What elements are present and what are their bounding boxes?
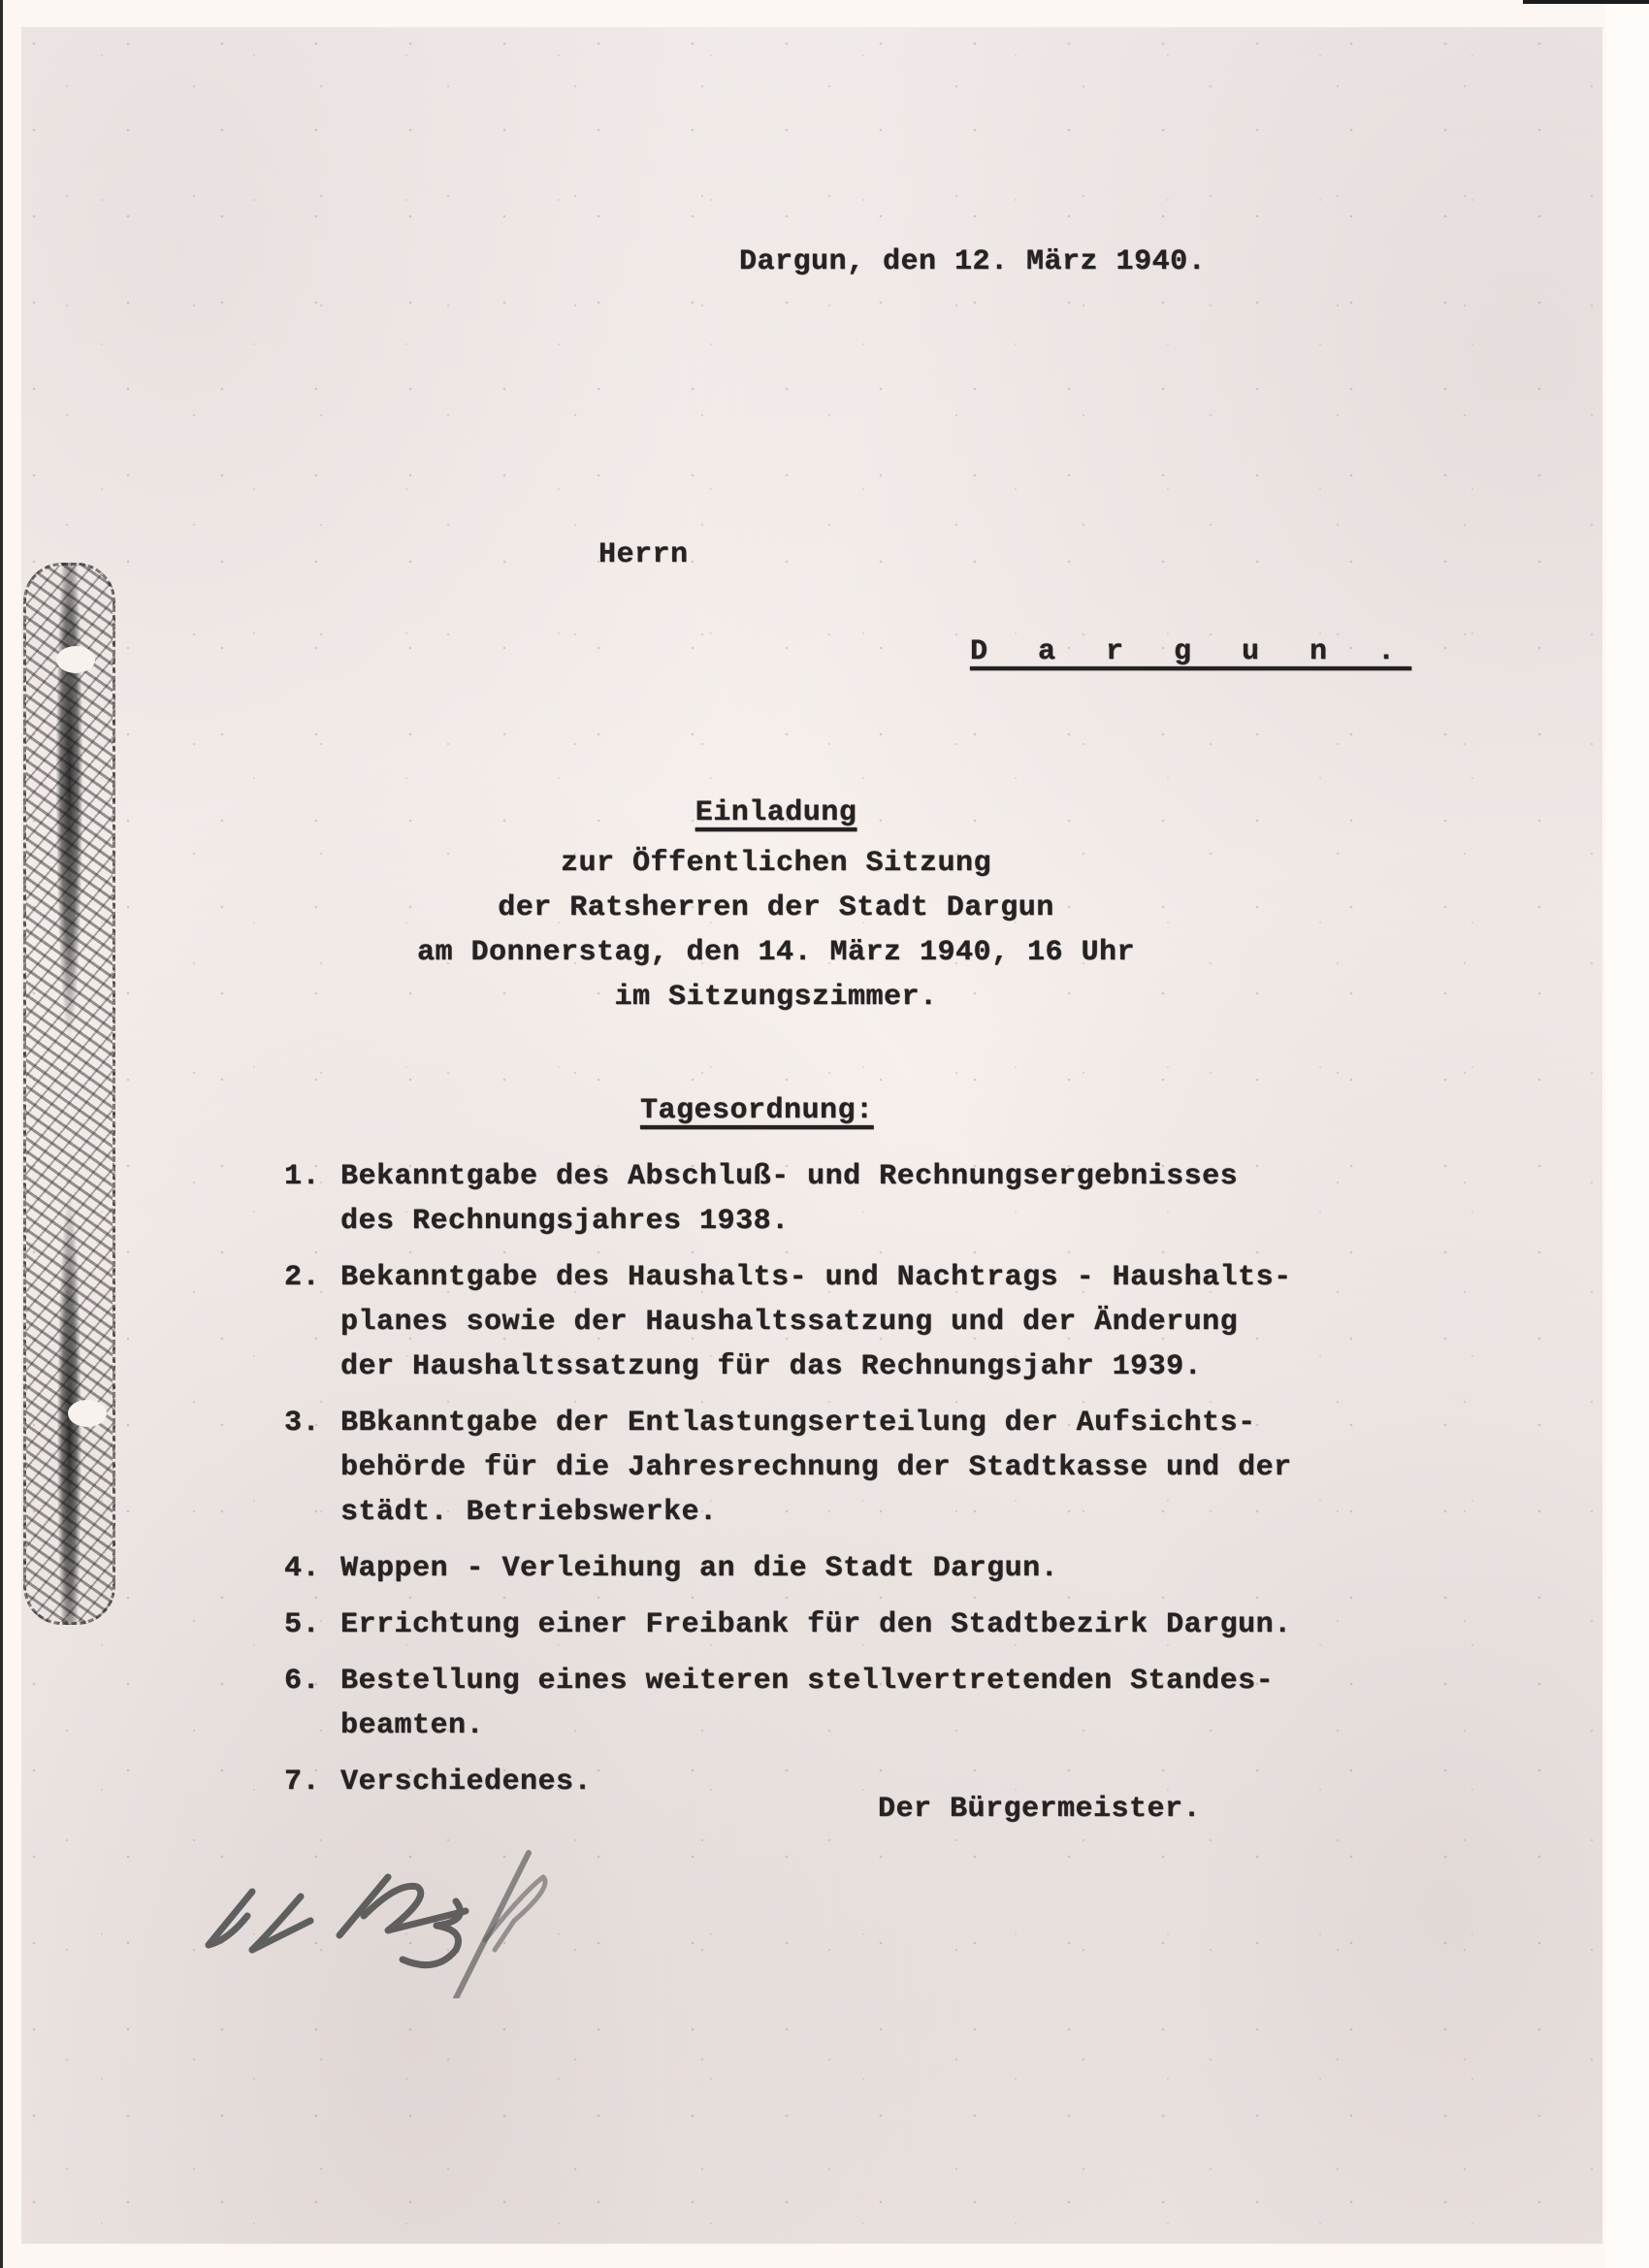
agenda-text: Errichtung einer Freibank für den Stadtb…: [340, 1603, 1292, 1647]
agenda-title: Tagesordnung:: [640, 1096, 874, 1125]
date-line: Dargun, den 12. März 1940.: [739, 247, 1206, 276]
agenda-item: 5. Errichtung einer Freibank für den Sta…: [284, 1603, 1448, 1647]
agenda-text: planes sowie der Haushaltssatzung und de…: [340, 1300, 1292, 1345]
agenda-text: des Rechnungsjahres 1938.: [340, 1199, 1238, 1244]
agenda-item: 1. Bekanntgabe des Abschluß- und Rechnun…: [284, 1154, 1448, 1244]
agenda-number: 7.: [284, 1760, 340, 1804]
recipient-city: D a r g u n .: [970, 637, 1411, 666]
scan-edge: [0, 0, 3, 2268]
agenda-text: der Haushaltssatzung für das Rechnungsja…: [340, 1345, 1292, 1389]
agenda-number: 6.: [284, 1659, 340, 1703]
agenda-item: 3. BBkanntgabe der Entlastungserteilung …: [284, 1401, 1448, 1535]
punch-hole: [68, 1400, 107, 1427]
punch-hole: [56, 646, 95, 673]
agenda-list: 1. Bekanntgabe des Abschluß- und Rechnun…: [284, 1154, 1448, 1816]
agenda-number: 5.: [284, 1603, 340, 1647]
closing-signature-line: Der Bürgermeister.: [878, 1795, 1201, 1824]
invitation-title: Einladung: [695, 798, 857, 827]
agenda-item: 2. Bekanntgabe des Haushalts- und Nachtr…: [284, 1255, 1448, 1389]
invitation-line: der Ratsherren der Stadt Dargun: [291, 893, 1261, 923]
invitation-line: im Sitzungszimmer.: [291, 983, 1261, 1012]
agenda-item: 6. Bestellung eines weiteren stellvertre…: [284, 1659, 1448, 1748]
agenda-number: 3.: [284, 1401, 340, 1445]
agenda-number: 2.: [284, 1255, 340, 1300]
binder-strip: [23, 563, 115, 1625]
agenda-text: behörde für die Jahresrechnung der Stadt…: [340, 1445, 1292, 1490]
agenda-text: städt. Betriebswerke.: [340, 1490, 1292, 1535]
salutation: Herrn: [598, 540, 689, 569]
agenda-text: Bekanntgabe des Haushalts- und Nachtrags…: [340, 1255, 1292, 1300]
agenda-text: Verschiedenes.: [340, 1760, 592, 1804]
agenda-text: Wappen - Verleihung an die Stadt Dargun.: [340, 1546, 1058, 1591]
agenda-text: BBkanntgabe der Entlastungserteilung der…: [340, 1401, 1292, 1445]
agenda-text: Bestellung eines weiteren stellvertreten…: [340, 1659, 1274, 1703]
agenda-text: beamten.: [340, 1703, 1274, 1748]
scan-edge: [1523, 0, 1649, 4]
agenda-number: 1.: [284, 1154, 340, 1199]
agenda-number: 4.: [284, 1546, 340, 1591]
agenda-item: 4. Wappen - Verleihung an die Stadt Darg…: [284, 1546, 1448, 1591]
invitation-header: Einladung zur Öffentlichen Sitzung der R…: [291, 798, 1261, 1027]
scanner-margin: [1605, 0, 1649, 2268]
handwritten-pencil-note: [194, 1824, 601, 1998]
invitation-line: am Donnerstag, den 14. März 1940, 16 Uhr: [291, 938, 1261, 967]
invitation-line: zur Öffentlichen Sitzung: [291, 849, 1261, 878]
agenda-text: Bekanntgabe des Abschluß- und Rechnungse…: [340, 1154, 1238, 1199]
agenda-item: 7. Verschiedenes.: [284, 1760, 1448, 1804]
